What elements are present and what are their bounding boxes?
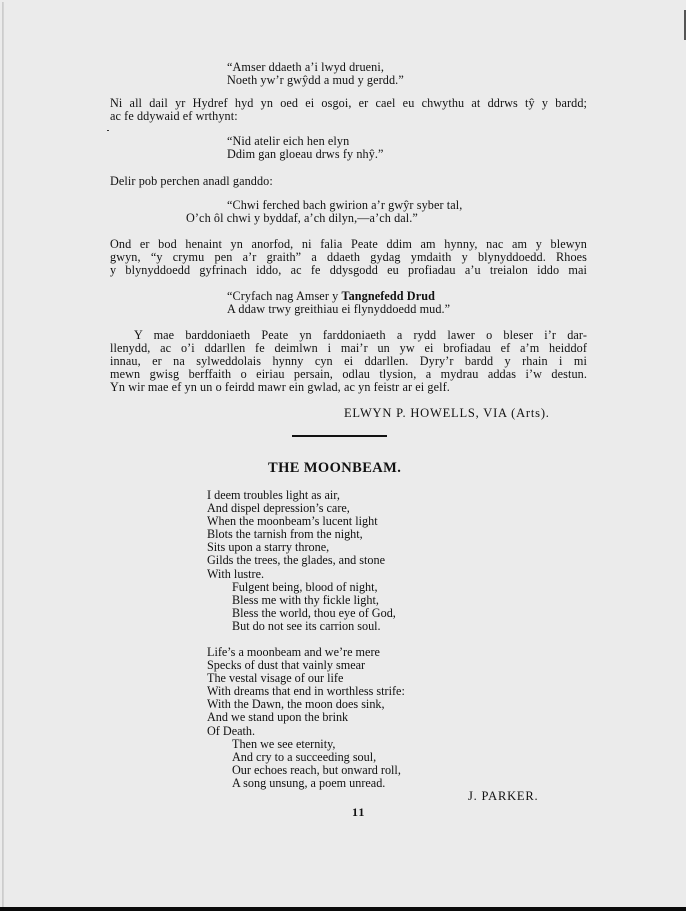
quote2-line-2: Ddim gan gloeau drws fy nhŷ.” [227,148,384,161]
page-number: 11 [352,805,365,820]
poem-line: Bless me with thy fickle light, [207,594,396,607]
poem-stanza-1: I deem troubles light as air,And dispel … [207,489,396,633]
signature-elwyn-howells: ELWYN P. HOWELLS, VIA (Arts). [344,406,550,421]
paragraph-1-line-2: ac fe ddywaid ef wrthynt: [110,110,587,123]
quote3-line-2: O’ch ôl chwi y byddaf, a’ch dilyn,—a’ch … [186,212,418,225]
quote4-line-1-prefix: “Cryfach nag Amser y [227,289,341,303]
quote4-line-2: A ddaw trwy greithiau ei flynyddoedd mud… [227,303,450,316]
poem-line: Fulgent being, blood of night, [207,581,396,594]
page-edge-bottom [0,907,686,911]
paragraph-4: Y mae barddoniaeth Peate yn farddoniaeth… [110,329,587,394]
poem-line: Our echoes reach, but onward roll, [207,764,405,777]
section-divider [292,435,387,437]
poem-line: A song unsung, a poem unread. [207,777,405,790]
poem-line: And cry to a succeeding soul, [207,751,405,764]
poem-line: Of Death. [207,725,405,738]
page-edge-left [2,2,4,907]
paragraph-3-line-3: y blynyddoedd gyfrinach iddo, ac fe ddys… [110,264,587,277]
paragraph-3: Ond er bod henaint yn anorfod, ni falia … [110,238,587,277]
poem-author: J. PARKER. [468,789,538,804]
paragraph-1: Ni all dail yr Hydref hyd yn oed ei osgo… [110,97,587,123]
poem-line: Then we see eternity, [207,738,405,751]
scan-speck [107,130,109,131]
poem-line: But do not see its carrion soul. [207,620,396,633]
poem-line: Gilds the trees, the glades, and stone [207,554,396,567]
poem-title: THE MOONBEAM. [268,460,401,477]
paragraph-4-line-5: Yn wir mae ef yn un o feirdd mawr ein gw… [110,381,587,394]
poem-line: With lustre. [207,568,396,581]
paragraph-2: Delir pob perchen anadl ganddo: [110,175,273,188]
poem-line: And we stand upon the brink [207,711,405,724]
quote4-line-1-bold: Tangnefedd Drud [341,289,435,303]
quote1-line-2: Noeth yw’r gwŷdd a mud y gerdd.” [227,74,404,87]
poem-stanza-2: Life’s a moonbeam and we’re mereSpecks o… [207,646,405,790]
poem-line: Bless the world, thou eye of God, [207,607,396,620]
